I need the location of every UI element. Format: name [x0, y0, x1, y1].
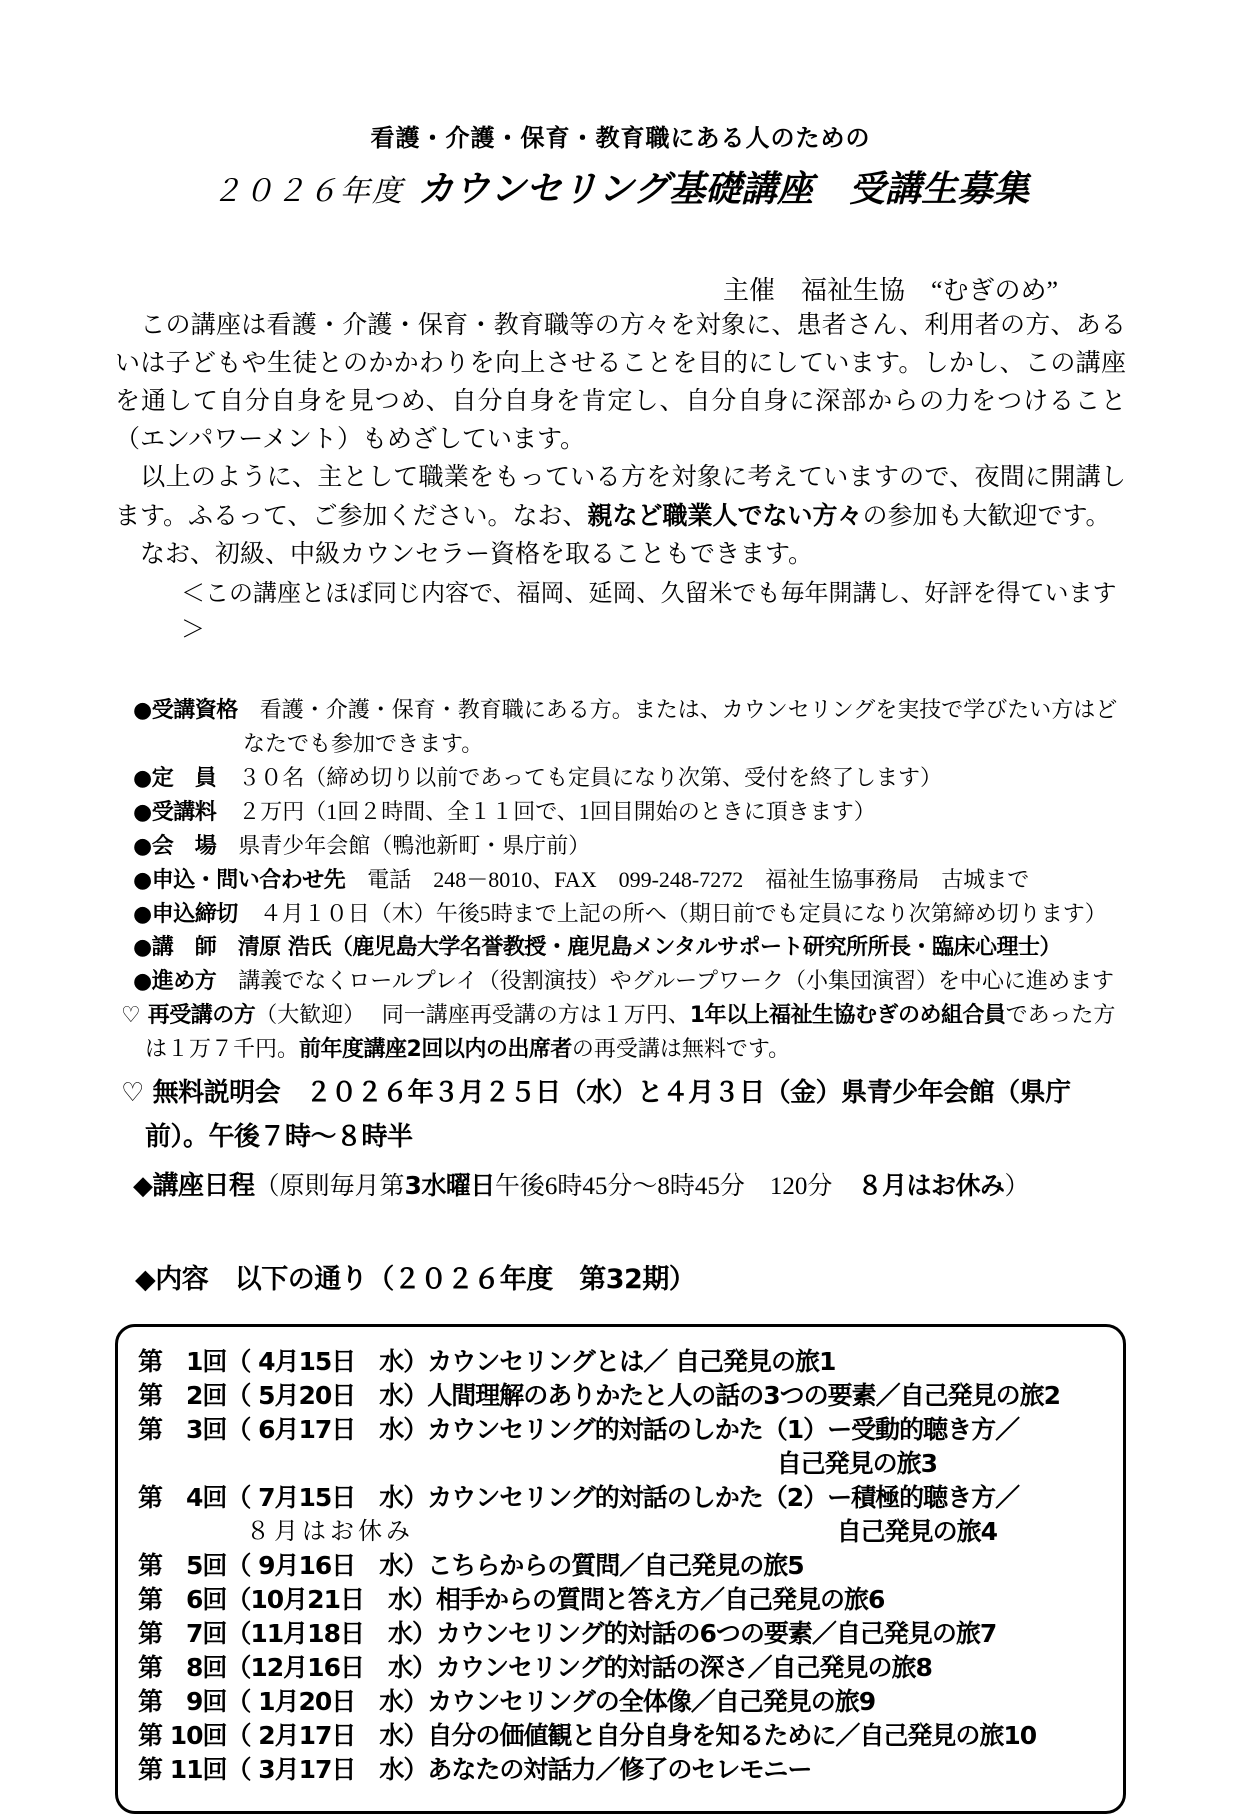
schedule-row-main: 第 2回（ 5月20日 水）人間理解のありかたと人の話の3つの要素／自己発見の旅… — [138, 1379, 1109, 1413]
text-segment: ） — [1004, 1173, 1029, 1200]
schedule-row: 第 8回（12月16日 水）カウンセリング的対話の深さ／自己発見の旅8 — [138, 1651, 1109, 1685]
detail-repeat-students: ♡ 再受講の方（大歓迎） 同一講座再受講の方は１万円、1年以上福祉生協むぎのめ組… — [121, 999, 1126, 1067]
schedule-row-main: 第 7回（11月18日 水）カウンセリング的対話の6つの要素／自己発見の旅7 — [138, 1617, 1109, 1651]
schedule-row: 第 3回（ 6月17日 水）カウンセリング的対話のしかた（1）ー受動的聴き方／自… — [138, 1413, 1109, 1481]
content-heading: ◆内容 以下の通り（２０２６年度 第32期） — [115, 1257, 1126, 1296]
text-segment: ●申込・問い合わせ先 — [133, 868, 345, 893]
detail-eligibility: ●受講資格 看護・介護・保育・教育職にある方。または、カウンセリングを実技で学び… — [133, 694, 1126, 762]
intro-paragraph-2: 以上のように、主として職業をもっている方を対象に考えていますので、夜間に開講しま… — [115, 459, 1126, 536]
text-segment: ●定 員 — [133, 766, 216, 791]
other-cities-note: ＜この講座とほぼ同じ内容で、福岡、延岡、久留米でも毎年開講し、好評を得ています＞ — [115, 576, 1126, 648]
schedule-row: 第 6回（10月21日 水）相手からの質問と答え方／自己発見の旅6 — [138, 1583, 1109, 1617]
detail-capacity: ●定 員 ３０名（締め切り以前であっても定員になり次第、受付を終了します） — [133, 762, 1126, 796]
flyer-page: 看護・介護・保育・教育職にある人のための ２０２６年度 カウンセリング基礎講座 … — [0, 0, 1241, 1755]
schedule-row-continuation: 自己発見の旅3 — [138, 1447, 1109, 1481]
text-segment: 看護・介護・保育・教育職にある方。または、カウンセリングを実技で学びたい方はどな… — [238, 697, 1118, 756]
course-title: カウンセリング基礎講座 受講生募集 — [418, 169, 1029, 210]
schedule-row: 第 11回（ 3月17日 水）あなたの対話力／修了のセレモニー — [138, 1753, 1109, 1787]
schedule-row: 第 2回（ 5月20日 水）人間理解のありかたと人の話の3つの要素／自己発見の旅… — [138, 1379, 1109, 1413]
schedule-row: 第 9回（ 1月20日 水）カウンセリングの全体像／自己発見の旅9 — [138, 1685, 1109, 1719]
course-details-list: ●受講資格 看護・介護・保育・教育職にある方。または、カウンセリングを実技で学び… — [115, 694, 1126, 1211]
detail-free-info-session: ♡ 無料説明会 ２０２６年３月２５日（水）と４月３日（金）県青少年会館（県庁前）… — [121, 1073, 1126, 1161]
detail-contact: ●申込・問い合わせ先 電話 248－8010、FAX 099-248-7272 … — [133, 864, 1126, 898]
text-segment: ●受講料 — [133, 800, 216, 825]
text-segment: 県青少年会館（鴨池新町・県庁前） — [216, 833, 590, 858]
text-segment: 午後6時45分～8時45分 120分 — [495, 1173, 858, 1200]
schedule-row-main: 第 11回（ 3月17日 水）あなたの対話力／修了のセレモニー — [138, 1753, 1109, 1787]
text-segment: 電話 248－8010、FAX 099-248-7272 福祉生協事務局 古城ま… — [345, 867, 1029, 892]
text-segment: ２万円（1回２時間、全１１回で、1回目開始のときに頂きます） — [216, 799, 876, 824]
text-segment: ●会 場 — [133, 834, 216, 859]
text-segment: ●講 師 清原 浩氏（鹿児島大学名誉教授・鹿児島メンタルサポート研究所所長・臨床… — [133, 935, 1061, 960]
course-year-label: ２０２６年度 — [212, 175, 404, 208]
detail-fee: ●受講料 ２万円（1回２時間、全１１回で、1回目開始のときに頂きます） — [133, 796, 1126, 830]
text-segment: 再受講の方 — [148, 1003, 256, 1028]
august-break-note: ８月はお休み — [138, 1515, 414, 1549]
text-segment: の再受講は無料です。 — [572, 1036, 790, 1061]
text-segment: ◆講座日程 — [133, 1171, 255, 1201]
schedule-row-main: 第 9回（ 1月20日 水）カウンセリングの全体像／自己発見の旅9 — [138, 1685, 1109, 1719]
schedule-row: 第 4回（ 7月15日 水）カウンセリング的対話のしかた（2）ー積極的聴き方／８… — [138, 1481, 1109, 1549]
detail-venue: ●会 場 県青少年会館（鴨池新町・県庁前） — [133, 830, 1126, 864]
schedule-row-main: 第 1回（ 4月15日 水）カウンセリングとは／ 自己発見の旅1 — [138, 1345, 1109, 1379]
schedule-row-main: 第 6回（10月21日 水）相手からの質問と答え方／自己発見の旅6 — [138, 1583, 1109, 1617]
text-segment: 3水曜日 — [405, 1171, 495, 1200]
schedule-row-main: 第 3回（ 6月17日 水）カウンセリング的対話のしかた（1）ー受動的聴き方／ — [138, 1413, 1109, 1447]
text-segment: 前年度講座2回以内の出席者 — [299, 1037, 572, 1062]
organizer-line: 主催 福祉生協 “むぎのめ” — [115, 270, 1126, 307]
journey-label: 自己発見の旅3 — [777, 1447, 1109, 1481]
schedule-row-main: 第 10回（ 2月17日 水）自分の価値観と自分自身を知るために／自己発見の旅1… — [138, 1719, 1109, 1753]
detail-lecturer: ●講 師 清原 浩氏（鹿児島大学名誉教授・鹿児島メンタルサポート研究所所長・臨床… — [133, 932, 1126, 965]
detail-schedule-overview: ◆講座日程（原則毎月第3水曜日午後6時45分～8時45分 120分 ８月はお休み… — [133, 1165, 1126, 1211]
text-segment: 親など職業人でない方々 — [588, 501, 863, 530]
course-audience-subtitle: 看護・介護・保育・教育職にある人のための — [115, 118, 1126, 153]
intro-paragraph-1: この講座は看護・介護・保育・教育職等の方々を対象に、患者さん、利用者の方、あるい… — [115, 307, 1126, 459]
schedule-row-main: 第 5回（ 9月16日 水）こちらからの質問／自己発見の旅5 — [138, 1549, 1109, 1583]
text-segment: （大歓迎） 同一講座再受講の方は１万円、 — [255, 1002, 690, 1027]
text-segment: ４月１０日（木）午後5時まで上記の所へ（期日前でも定員になり次第締め切ります） — [238, 901, 1107, 926]
text-segment: ●受講資格 — [133, 698, 238, 723]
schedule-row: 第 10回（ 2月17日 水）自分の価値観と自分自身を知るために／自己発見の旅1… — [138, 1719, 1109, 1753]
august-break-note — [138, 1447, 246, 1481]
schedule-row: 第 1回（ 4月15日 水）カウンセリングとは／ 自己発見の旅1 — [138, 1345, 1109, 1379]
schedule-row-main: 第 4回（ 7月15日 水）カウンセリング的対話のしかた（2）ー積極的聴き方／ — [138, 1481, 1109, 1515]
header: 看護・介護・保育・教育職にある人のための ２０２６年度 カウンセリング基礎講座 … — [115, 118, 1126, 212]
schedule-row-continuation: ８月はお休み自己発見の旅4 — [138, 1515, 1109, 1549]
detail-method: ●進め方 講義でなくロールプレイ（役割演技）やグループワーク（小集団演習）を中心… — [133, 965, 1126, 999]
heart-icon: ♡ — [121, 1003, 148, 1028]
schedule-box: 第 1回（ 4月15日 水）カウンセリングとは／ 自己発見の旅1第 2回（ 5月… — [115, 1324, 1126, 1814]
schedule-row: 第 7回（11月18日 水）カウンセリング的対話の6つの要素／自己発見の旅7 — [138, 1617, 1109, 1651]
text-segment: 講義でなくロールプレイ（役割演技）やグループワーク（小集団演習）を中心に進めます — [216, 968, 1114, 993]
text-segment: ３０名（締め切り以前であっても定員になり次第、受付を終了します） — [216, 765, 942, 790]
journey-label: 自己発見の旅4 — [837, 1515, 1109, 1549]
text-segment: （原則毎月第 — [255, 1173, 405, 1200]
schedule-row: 第 5回（ 9月16日 水）こちらからの質問／自己発見の旅5 — [138, 1549, 1109, 1583]
certificate-note-paragraph: なお、初級、中級カウンセラー資格を取ることもできます。 — [115, 536, 1126, 574]
text-segment: ●申込締切 — [133, 902, 238, 927]
text-segment: ８月はお休み — [857, 1171, 1004, 1200]
text-segment: の参加も大歓迎です。 — [863, 503, 1111, 530]
text-segment: 1年以上福祉生協むぎのめ組合員 — [690, 1003, 1006, 1028]
heart-icon: ♡ — [121, 1078, 153, 1108]
text-segment: 無料説明会 ２０２６年３月２５日（水）と４月３日（金）県青少年会館（県庁前）。午… — [145, 1078, 1071, 1152]
text-segment: ●進め方 — [133, 969, 216, 994]
detail-deadline: ●申込締切 ４月１０日（木）午後5時まで上記の所へ（期日前でも定員になり次第締め… — [133, 898, 1126, 932]
schedule-row-main: 第 8回（12月16日 水）カウンセリング的対話の深さ／自己発見の旅8 — [138, 1651, 1109, 1685]
course-title-line: ２０２６年度 カウンセリング基礎講座 受講生募集 — [115, 161, 1126, 212]
